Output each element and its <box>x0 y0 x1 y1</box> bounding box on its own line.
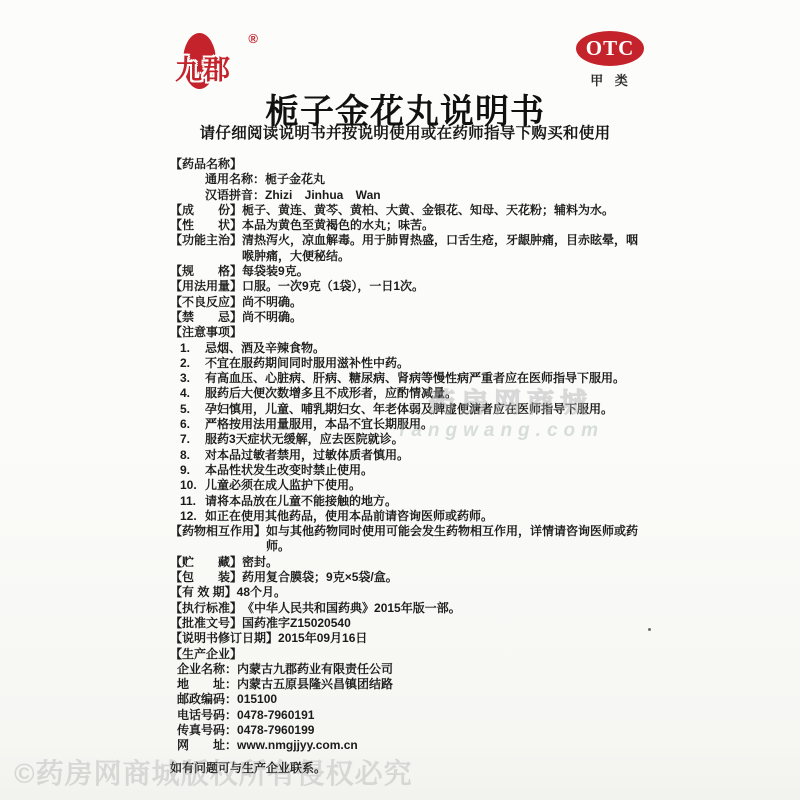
field-value: 48个月。 <box>237 585 286 600</box>
precaution-item: 2. 不宜在服药期间同时服用滋补性中药。 <box>170 356 642 371</box>
field-label: 【性 状】 <box>170 218 242 233</box>
precaution-item: 1. 忌烟、酒及辛辣食物。 <box>170 341 642 356</box>
field-value: 国药准字Z15020540 <box>242 616 351 631</box>
section-drug-name: 【药品名称】 <box>170 157 642 172</box>
field-label: 【规 格】 <box>170 264 242 279</box>
item-number: 9. <box>170 463 205 478</box>
field-value: 密封。 <box>242 555 278 570</box>
otc-label: OTC <box>586 36 635 61</box>
field-company-address: 地 址： 内蒙古五原县隆兴昌镇团结路 <box>170 677 642 692</box>
drug-leaflet-page: 九郡 ® OTC 甲 类 栀子金花丸说明书 请仔细阅读说明书并按说明使用或在药师… <box>0 0 800 800</box>
precaution-item: 12. 如正在使用其他药品，使用本品前请咨询医师或药师。 <box>170 509 642 524</box>
field-label: 邮政编码： <box>177 692 237 707</box>
leaflet-body: 【药品名称】 通用名称： 栀子金花丸 汉语拼音： Zhizi Jinhua Wa… <box>170 157 642 776</box>
page-subtitle: 请仔细阅读说明书并按说明使用或在药师指导下购买和使用 <box>0 121 800 143</box>
item-text: 如正在使用其他药品，使用本品前请咨询医师或药师。 <box>205 509 493 524</box>
field-label: 【执行标准】 <box>170 601 242 616</box>
field-adverse-reactions: 【不良反应】 尚不明确。 <box>170 295 642 310</box>
field-value: 每袋装9克。 <box>242 264 309 279</box>
field-revision-date: 【说明书修订日期】 2015年09月16日 <box>170 631 642 646</box>
field-dosage: 【用法用量】 口服。一次9克（1袋），一日1次。 <box>170 279 642 294</box>
field-label: 汉语拼音： <box>205 188 265 203</box>
field-value: 本品为黄色至黄褐色的水丸；味苦。 <box>242 218 434 233</box>
item-text: 忌烟、酒及辛辣食物。 <box>205 341 325 356</box>
field-value: 0478-7960191 <box>237 708 314 723</box>
field-value: 《中华人民共和国药典》2015年版一部。 <box>242 601 461 616</box>
field-label: 【批准文号】 <box>170 616 242 631</box>
field-label: 【说明书修订日期】 <box>170 631 278 646</box>
field-value: Zhizi Jinhua Wan <box>265 188 381 203</box>
field-value: 2015年09月16日 <box>278 631 367 646</box>
otc-oval-icon: OTC <box>576 31 644 66</box>
field-label: 【不良反应】 <box>170 295 242 310</box>
item-text: 服药后大便次数增多且不成形者，应酌情减量。 <box>205 386 457 401</box>
field-value: 口服。一次9克（1袋），一日1次。 <box>242 279 424 294</box>
item-number: 2. <box>170 356 205 371</box>
field-properties: 【性 状】 本品为黄色至黄褐色的水丸；味苦。 <box>170 218 642 233</box>
field-label: 通用名称： <box>205 172 265 187</box>
section-header-label: 【注意事项】 <box>170 325 242 340</box>
section-manufacturer: 【生产企业】 <box>170 647 642 662</box>
field-standard: 【执行标准】 《中华人民共和国药典》2015年版一部。 <box>170 601 642 616</box>
field-label: 【药物相互作用】 <box>170 524 266 539</box>
brand-logo-text: 九郡 <box>161 48 245 87</box>
field-label: 传真号码： <box>177 723 237 738</box>
bottom-copyright-watermark: ©药房网商城版权所有侵权必究 <box>14 752 413 792</box>
item-number: 4. <box>170 386 205 401</box>
field-value: 015100 <box>237 692 277 707</box>
item-number: 8. <box>170 448 205 463</box>
item-number: 10. <box>170 478 205 493</box>
field-packaging: 【包 装】 药用复合膜袋；9克×5袋/盒。 <box>170 570 642 585</box>
field-label: 【功能主治】 <box>170 233 242 248</box>
field-label: 地 址： <box>177 677 237 692</box>
field-value: 尚不明确。 <box>242 310 302 325</box>
field-label: 【有 效 期】 <box>170 585 237 600</box>
field-value: 如与其他药物同时使用可能会发生药物相互作用，详情请咨询医师或药师。 <box>266 524 642 555</box>
field-phone: 电话号码： 0478-7960191 <box>170 708 642 723</box>
section-precautions: 【注意事项】 <box>170 325 642 340</box>
center-watermark-text: 药房网商城 <box>428 381 593 420</box>
item-number: 7. <box>170 432 205 447</box>
field-pinyin: 汉语拼音： Zhizi Jinhua Wan <box>170 188 642 203</box>
otc-badge: OTC 甲 类 <box>576 31 646 89</box>
item-number: 1. <box>170 341 205 356</box>
item-number: 11. <box>170 494 205 509</box>
field-ingredients: 【成 份】 栀子、黄连、黄芩、黄柏、大黄、金银花、知母、天花粉；辅料为水。 <box>170 203 642 218</box>
field-value: 清热泻火，凉血解毒。用于肺胃热盛，口舌生疮，牙龈肿痛，目赤眩晕，咽喉肿痛，大便秘… <box>242 233 642 264</box>
item-text: 对本品过敏者禁用，过敏体质者慎用。 <box>205 448 409 463</box>
precaution-item: 9. 本品性状发生改变时禁止使用。 <box>170 463 642 478</box>
precaution-item: 11. 请将本品放在儿童不能接触的地方。 <box>170 494 642 509</box>
field-value: 栀子、黄连、黄芩、黄柏、大黄、金银花、知母、天花粉；辅料为水。 <box>242 203 614 218</box>
field-approval-number: 【批准文号】 国药准字Z15020540 <box>170 616 642 631</box>
field-postcode: 邮政编码： 015100 <box>170 692 642 707</box>
item-number: 5. <box>170 402 205 417</box>
precaution-item: 10. 儿童必须在成人监护下使用。 <box>170 478 642 493</box>
section-header-label: 【药品名称】 <box>170 157 242 172</box>
field-label: 【禁 忌】 <box>170 310 242 325</box>
item-text: 请将本品放在儿童不能接触的地方。 <box>205 494 397 509</box>
field-label: 【包 装】 <box>170 570 242 585</box>
item-text: 服药3天症状无缓解，应去医院就诊。 <box>205 432 404 447</box>
field-value: 内蒙古五原县隆兴昌镇团结路 <box>237 677 393 692</box>
section-header-label: 【生产企业】 <box>170 647 242 662</box>
field-generic-name: 通用名称： 栀子金花丸 <box>170 172 642 187</box>
field-storage: 【贮 藏】 密封。 <box>170 555 642 570</box>
field-label: 【贮 藏】 <box>170 555 242 570</box>
field-value: 栀子金花丸 <box>265 172 325 187</box>
field-value: 内蒙古九郡药业有限责任公司 <box>237 662 393 677</box>
scan-artifact-dot <box>648 628 651 631</box>
field-interactions: 【药物相互作用】 如与其他药物同时使用可能会发生药物相互作用，详情请咨询医师或药… <box>170 524 642 555</box>
item-text: 不宜在服药期间同时服用滋补性中药。 <box>205 356 409 371</box>
item-number: 6. <box>170 417 205 432</box>
field-fax: 传真号码： 0478-7960199 <box>170 723 642 738</box>
item-number: 3. <box>170 371 205 386</box>
field-company-name: 企业名称： 内蒙古九郡药业有限责任公司 <box>170 662 642 677</box>
item-text: 儿童必须在成人监护下使用。 <box>205 478 361 493</box>
precaution-item: 8. 对本品过敏者禁用，过敏体质者慎用。 <box>170 448 642 463</box>
field-label: 企业名称： <box>177 662 237 677</box>
field-spec: 【规 格】 每袋装9克。 <box>170 264 642 279</box>
field-validity: 【有 效 期】 48个月。 <box>170 585 642 600</box>
field-label: 电话号码： <box>177 708 237 723</box>
field-value: 0478-7960199 <box>237 723 314 738</box>
center-watermark-url: fangwang.com <box>399 420 604 442</box>
registered-trademark-icon: ® <box>248 31 258 46</box>
field-value: 药用复合膜袋；9克×5袋/盒。 <box>242 570 398 585</box>
item-text: 本品性状发生改变时禁止使用。 <box>205 463 373 478</box>
field-functions: 【功能主治】 清热泻火，凉血解毒。用于肺胃热盛，口舌生疮，牙龈肿痛，目赤眩晕，咽… <box>170 233 642 264</box>
field-label: 【用法用量】 <box>170 279 242 294</box>
field-label: 【成 份】 <box>170 203 242 218</box>
field-contraindications: 【禁 忌】 尚不明确。 <box>170 310 642 325</box>
item-number: 12. <box>170 509 205 524</box>
field-value: 尚不明确。 <box>242 295 302 310</box>
